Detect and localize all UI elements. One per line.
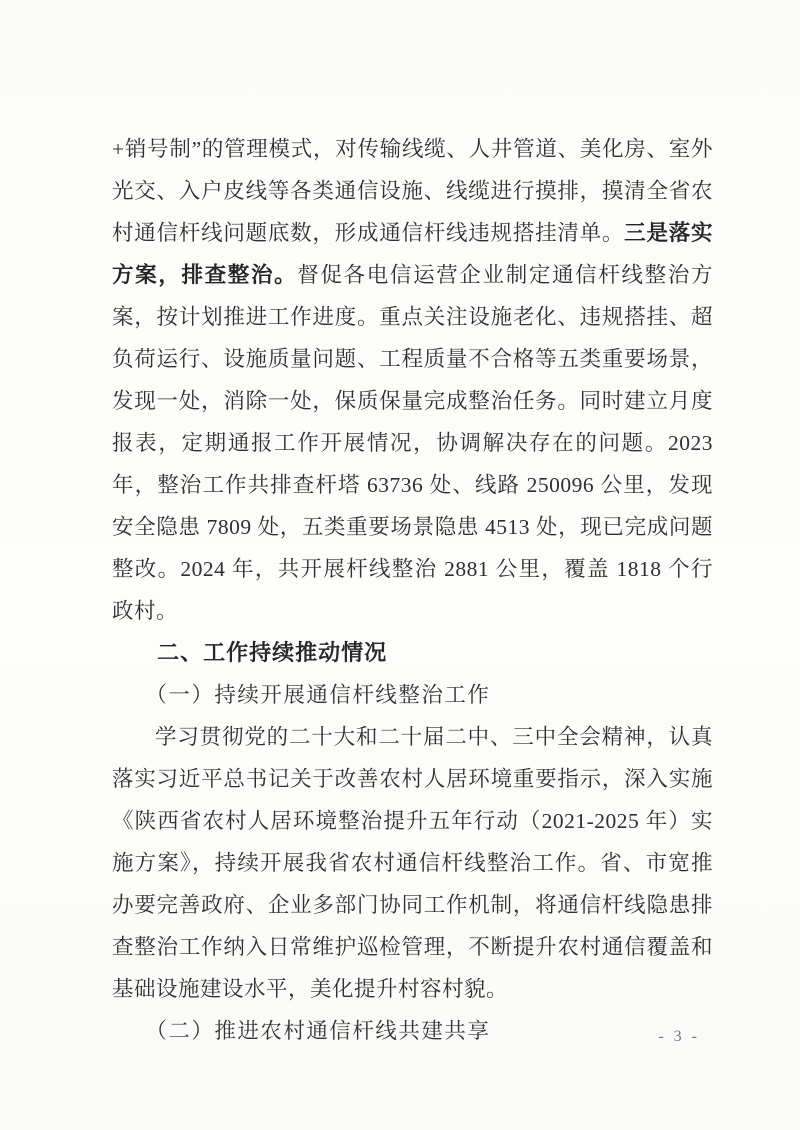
section-heading: 二、工作持续推动情况 — [112, 632, 713, 674]
scanned-document-page: +销号制”的管理模式，对传输线缆、人井管道、美化房、室外光交、入户皮线等各类通信… — [0, 0, 800, 1130]
main-paragraph: 学习贯彻党的二十大和二十届二中、三中全会精神，认真落实习近平总书记关于改善农村人… — [112, 716, 713, 1010]
subsection-heading-2: （二）推进农村通信杆线共建共享 — [112, 1010, 713, 1052]
continuation-paragraph: +销号制”的管理模式，对传输线缆、人井管道、美化房、室外光交、入户皮线等各类通信… — [112, 128, 713, 632]
document-content: +销号制”的管理模式，对传输线缆、人井管道、美化房、室外光交、入户皮线等各类通信… — [112, 128, 713, 1052]
paragraph-text-segment: +销号制”的管理模式，对传输线缆、人井管道、美化房、室外光交、入户皮线等各类通信… — [112, 137, 713, 245]
subsection-heading-1: （一）持续开展通信杆线整治工作 — [112, 674, 713, 716]
page-number: - 3 - — [658, 1027, 700, 1047]
paragraph-text-segment: 督促各电信运营企业制定通信杆线整治方案，按计划推进工作进度。重点关注设施老化、违… — [112, 263, 713, 623]
